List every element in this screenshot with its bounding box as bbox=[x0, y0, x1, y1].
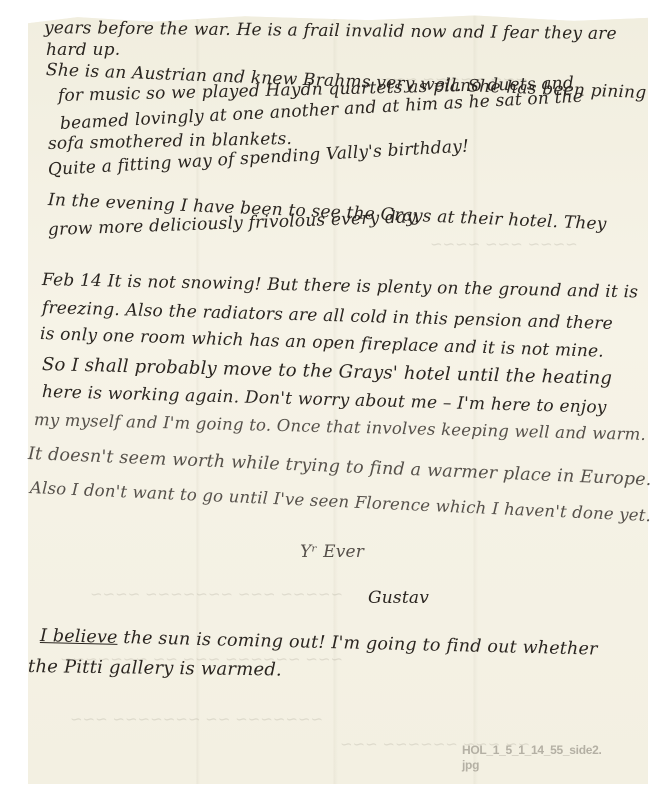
postscript-line: the Pitti gallery is warmed. bbox=[28, 656, 282, 681]
filename-line-1: HOL_1_5_1_14_55_side2. bbox=[462, 743, 602, 758]
image-filename-caption: HOL_1_5_1_14_55_side2. jpg bbox=[462, 743, 602, 773]
letter-line: hard up. bbox=[46, 40, 120, 60]
letter-closing: Yʳ Ever bbox=[300, 542, 364, 562]
postscript-emphasis: I believe bbox=[40, 626, 118, 648]
bleed-through-text: ~~~~ ~~~ ~~~~ bbox=[430, 235, 578, 253]
filename-line-2: jpg bbox=[462, 758, 602, 773]
letter-signature: Gustav bbox=[368, 588, 429, 608]
bleed-through-text: ~~~~~ ~~~ ~~~~~~~ ~~~~ bbox=[90, 585, 343, 603]
bleed-through-text: ~~~~~~~ ~~ ~~~~~~~ ~~~ bbox=[70, 710, 323, 728]
